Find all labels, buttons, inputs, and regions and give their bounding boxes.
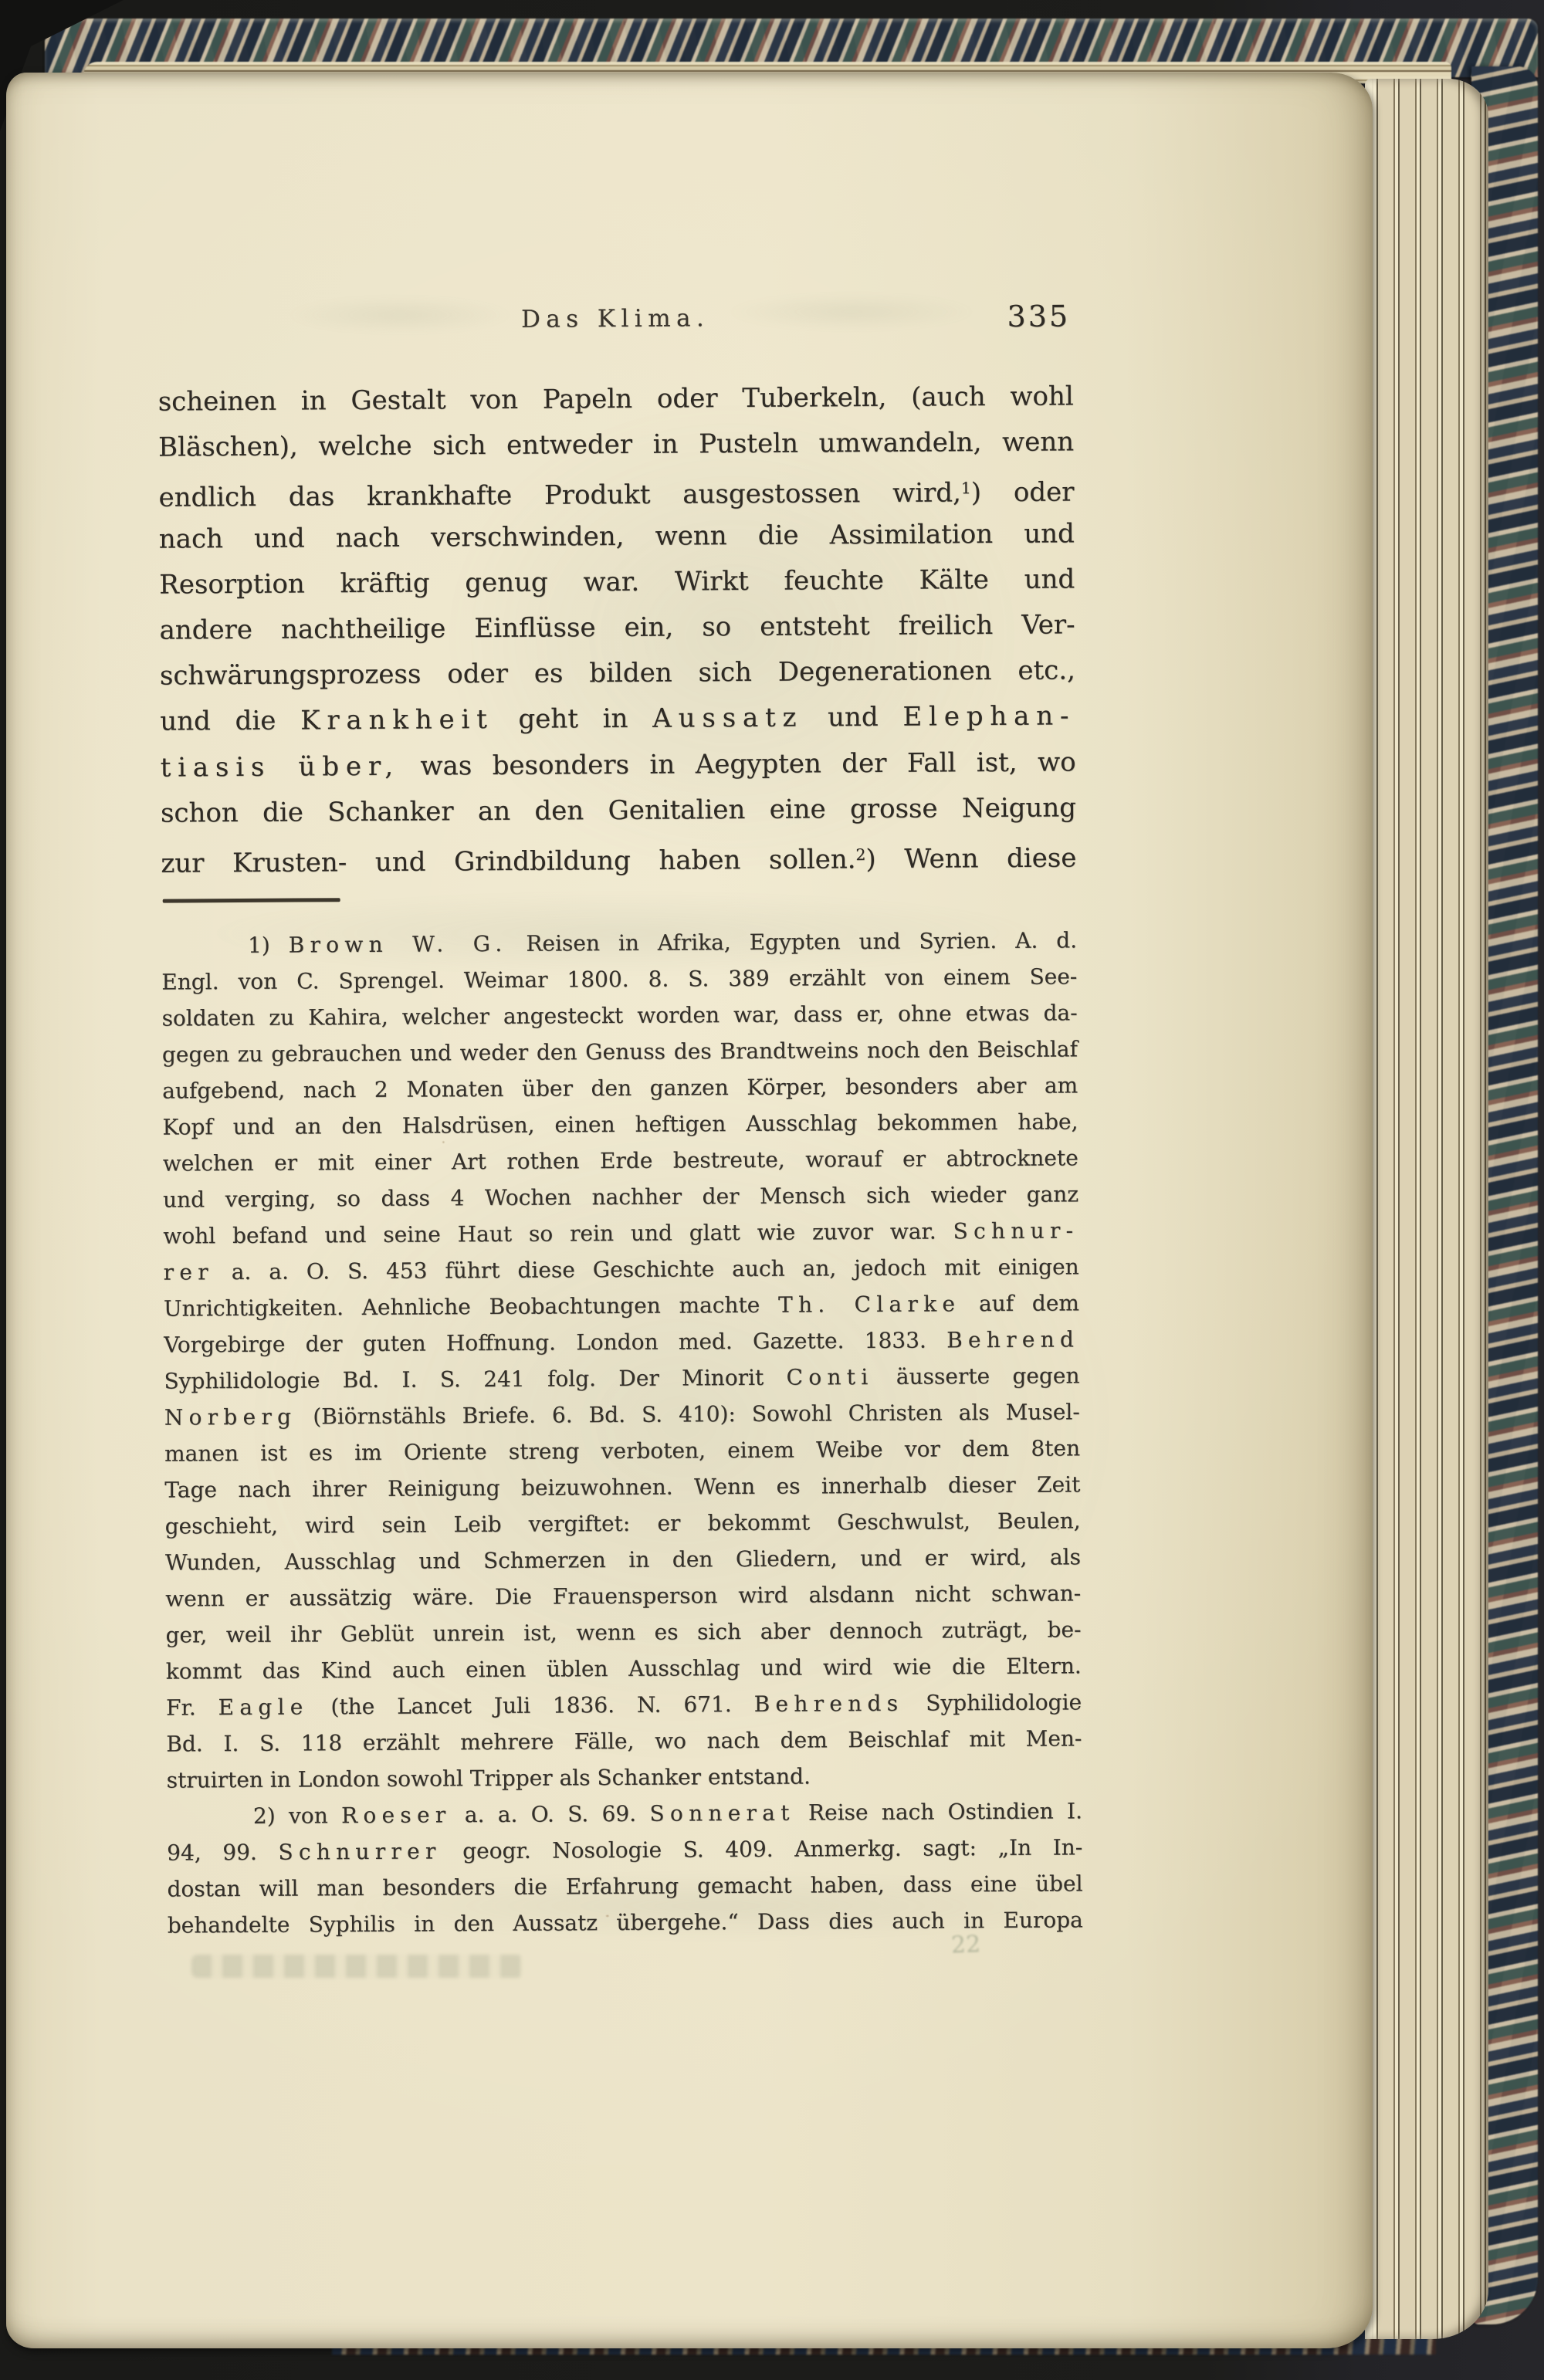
body-line-5: Resorption kräftig genug war. Wirkt feuc…	[159, 557, 1075, 608]
running-header: Das Klima. 335	[157, 302, 1073, 347]
footnote-1-line-13: Syphilidologie Bd. I. S. 241 folg. Der M…	[164, 1357, 1079, 1399]
body-line-1: scheinen in Gestalt von Papeln oder Tube…	[158, 374, 1074, 425]
footnote-1-line-23: Bd. I. S. 118 erzählt mehrere Fälle, wo …	[166, 1720, 1082, 1762]
footnote-1-line-7: welchen er mit einer Art rothen Erde bes…	[163, 1139, 1078, 1181]
body-line-6: andere nachtheilige Einflüsse ein, so en…	[159, 602, 1075, 653]
footnote-1-line-10: rer a. a. O. S. 453 führt diese Geschich…	[164, 1248, 1079, 1290]
footnote-1-line-21: kommt das Kind auch einen üblen Ausschla…	[166, 1647, 1082, 1689]
body-paragraph: scheinen in Gestalt von Papeln oder Tube…	[158, 374, 1077, 882]
footnote-1-line-20: ger, weil ihr Geblüt unrein ist, wenn es…	[165, 1611, 1081, 1653]
footnote-1-line-19: wenn er aussätzig wäre. Die Frauensperso…	[165, 1575, 1081, 1617]
footnote-1-line-18: Wunden, Ausschlag und Schmerzen in den G…	[165, 1539, 1081, 1580]
footnote-1-line-11: Unrichtigkeiten. Aehnliche Beobachtungen…	[164, 1285, 1079, 1326]
footnote-1-line-14: Norberg (Biörnstähls Briefe. 6. Bd. S. 4…	[164, 1393, 1080, 1435]
body-line-10: schon die Schanker an den Genitalien ein…	[161, 785, 1076, 836]
body-line-3: endlich das krankhafte Produkt ausgestos…	[158, 466, 1074, 516]
body-line-11: zur Krusten- und Grindbildung haben soll…	[161, 831, 1076, 882]
footnote-1-line-8: und verging, so dass 4 Wochen nachher de…	[163, 1176, 1078, 1217]
body-line-9: tiasis über, was besonders in Aegypten d…	[160, 740, 1075, 791]
footnote-2-line-1: 2) von Roeser a. a. O. S. 69. Sonnerat R…	[167, 1793, 1082, 1834]
running-title: Das Klima.	[521, 304, 709, 333]
footnote-2-line-3: dostan will man besonders die Erfahrung …	[167, 1865, 1082, 1907]
footnote-1-line-17: geschieht, wird sein Leib vergiftet: er …	[165, 1502, 1081, 1544]
page-edges-fore-edge	[1365, 79, 1488, 2339]
body-line-4: nach und nach verschwinden, wenn die Ass…	[159, 511, 1075, 562]
footnote-1-line-5: aufgebend, nach 2 Monaten über den ganze…	[162, 1067, 1078, 1109]
bleedthrough-stamp-ghost	[191, 1955, 523, 1978]
footnote-1: 1) Brown W. G. Reisen in Afrika, Egypten…	[161, 922, 1082, 1798]
book-photo: 22 Das Klima. 335 scheinen in Gestalt vo…	[0, 0, 1544, 2380]
footnote-2: 2) von Roeser a. a. O. S. 69. Sonnerat R…	[167, 1793, 1083, 1943]
footnote-2-line-4: behandelte Syphilis in den Aussatz überg…	[168, 1901, 1083, 1943]
footnote-1-line-4: gegen zu gebrauchen und weder den Genuss…	[162, 1031, 1078, 1072]
footnote-1-line-1: 1) Brown W. G. Reisen in Afrika, Egypten…	[161, 922, 1077, 963]
footnote-1-line-24: struirten in London sowohl Tripper als S…	[167, 1756, 1082, 1798]
body-line-8: und die Krankheit geht in Aussatz und El…	[160, 694, 1075, 745]
footnote-1-line-6: Kopf und an den Halsdrüsen, einen heftig…	[162, 1103, 1078, 1145]
footnote-1-line-15: manen ist es im Oriente streng verboten,…	[164, 1430, 1080, 1471]
book-page: 22 Das Klima. 335 scheinen in Gestalt vo…	[6, 73, 1373, 2348]
footnote-1-line-2: Engl. von C. Sprengel. Weimar 1800. 8. S…	[161, 958, 1077, 1000]
body-line-7: schwärungsprozess oder es bilden sich De…	[160, 648, 1075, 699]
page-number: 335	[1007, 299, 1070, 333]
footnote-rule	[163, 898, 340, 902]
footnote-1-line-12: Vorgebirge der guten Hoffnung. London me…	[164, 1321, 1079, 1363]
footnote-1-line-16: Tage nach ihrer Reinigung beizuwohnen. W…	[164, 1466, 1080, 1508]
footnote-1-line-3: soldaten zu Kahira, welcher angesteckt w…	[161, 994, 1077, 1036]
footnote-1-line-22: Fr. Eagle (the Lancet Juli 1836. N. 671.…	[166, 1684, 1082, 1725]
footnote-2-line-2: 94, 99. Schnurrer geogr. Nosologie S. 40…	[167, 1829, 1082, 1870]
printed-text-block: Das Klima. 335 scheinen in Gestalt von P…	[157, 302, 1073, 307]
footnote-1-line-9: wohl befand und seine Haut so rein und g…	[163, 1212, 1078, 1254]
body-line-2: Bläschen), welche sich entweder in Puste…	[158, 420, 1074, 471]
